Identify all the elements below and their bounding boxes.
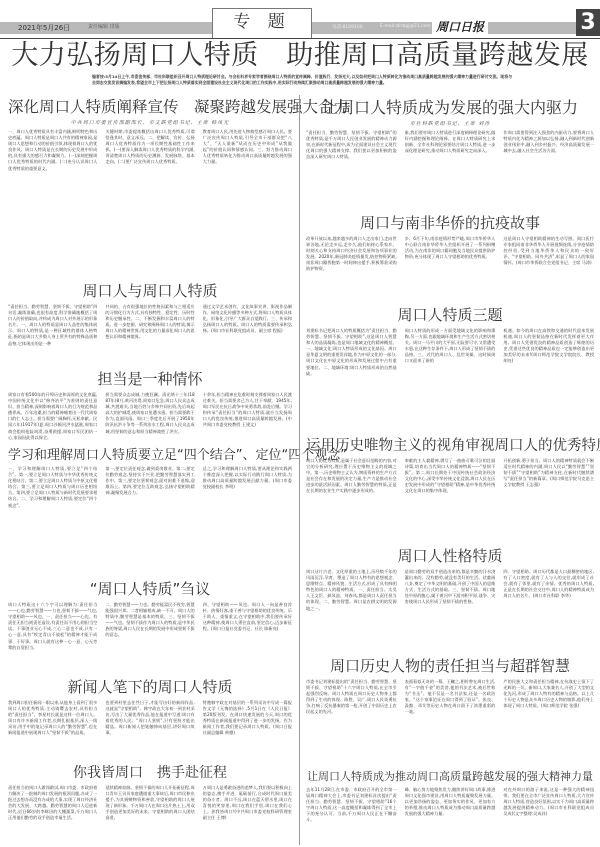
article-column: 二、勤劳智慧——力也。勤劳能富民不致穷,智慧能强国兴邦。二者相辅相成,缺一不可。… <box>105 602 194 668</box>
article-column: 是周口勤劳的双手创造出来的,都是辛勤的汗水浇灌出来的。没有勤劳,就没有美好的生活… <box>405 569 496 649</box>
article-byline: 市社科联党组书记、主席 刘涛 <box>306 120 594 127</box>
article-column: 一、周口人优秀特质具有丰富内涵,鲜明特色和历史底蕴。周口人特质是周口人共有的精神… <box>8 129 97 209</box>
article-column: 特邀韩宇政在对基层的一系列采访中写成一篇报告文学《无悔的选择》,5月1日在《人民… <box>203 700 292 760</box>
article-column: 共同的、占有很强地位的性格因素和与之相适应的习惯化行为方式,具有独特性、稳定性、… <box>105 304 194 362</box>
article-title: 深化周口人特质阐释宣传 凝聚跨越发展强大合力 <box>8 95 292 117</box>
article-journalists: 新闻人笔下的周口人特质 我到周口担任新闻一职以来,从他身上看到了很多周口人的优秀… <box>8 676 292 758</box>
article-column: 延续精神血脉。坚韧不拔的周口人开拓新征程,周口青年王贝贝家庭遭遇重大事故后,周口… <box>105 785 194 847</box>
article-column: 对在外周口的游子来说,这是一种强大的精神纽带。我们要在全市广泛宣传周口人特质,大… <box>503 787 594 847</box>
article-column: 这是周口人守望相助精神的生动写照。周口医疗专家组同南非华侨华人开展视频连线,分享… <box>503 236 594 302</box>
article-four-combinations: 学习和理解周口人特质要立足“四个结合”、定位“四个观念” 一、学习和理解周口人特… <box>8 444 292 574</box>
masthead-rule <box>0 38 600 39</box>
article-byline: 中共周口市委宣传部副部长、市文联党组书记、主席 韩凤光 <box>8 119 292 126</box>
article-historical-figures: 周口历史人物的责任担当与超群智慧 市委书记刘建标提出的“责任担当、勤劳智慧、坚韧… <box>306 655 594 761</box>
article-title: 周口人与周口人特质 <box>8 280 292 301</box>
article-column: 表面看似无奇的一幕。王曦之,相传曾在周口生活,有“一字值千金”的美誉,他的书法艺… <box>405 679 496 763</box>
article-responsibility: 担当是一种情怀 周家口有着500年的开埠历史和深厚的文化底蕴,中国传统文化中以“… <box>8 368 292 438</box>
article-journey-together: 你我皆周口 携手赴征程 责任担当的周口人敢闯敢试,周口市委、市政府着力解决了一批… <box>8 762 292 846</box>
article-column: 周家口有着500年的开埠历史和深厚的文化底蕴,中国传统文化中以“修齐治平”为准则… <box>8 392 97 440</box>
article-column: 四、守望相助。周口历代都是人口最稠密的地区,有了人口密度,就有了人与人的交往,就… <box>503 569 594 649</box>
article-personality: 周口人性格特质 周口这片古老、文化厚重的土地上,历经数千年的风雨沉浮,孕育、塑造… <box>306 545 594 647</box>
article-column: 担当需要众志成城,力挽狂澜。清光绪十三年(1887年)8月,黄河决堤,周家口危急… <box>105 392 194 440</box>
issue-date: 2021年5月26日 <box>18 23 70 33</box>
contact-phone: 电话:8109100 <box>332 24 363 30</box>
article-column: 周口人特质的形成一方面受地域文化的影响和熏陶,另一方面,也跟地域环境和生产生活方… <box>405 328 496 428</box>
article-three-topics: 周口人特质三题 刘建标书记把周口人的特质概括为“责任担当、勤劳智慧、坚韧不拔、守… <box>306 304 594 428</box>
article-title: 运用历史唯物主义的视角审视周口人的优秀特质 <box>306 434 594 455</box>
page-number: 3 <box>576 9 600 36</box>
article-column: 作周口需要得到注入强劲的内驱动力,要将周口人特质内化为精神之源加以弘扬,融入到新… <box>503 130 594 210</box>
article-title: “周口人特质”刍议 <box>8 578 292 599</box>
article-column: 严的民族大义和责任担当精神,在抗战史上留下了光辉的一页。新周口,大家兼名人,开创… <box>503 679 594 763</box>
article-discussion: “周口人特质”刍议 周口人特质这十六个字可以理解为:责任担当——心也,勤劳智慧—… <box>8 578 292 666</box>
article-title: 让周口人特质成为推动周口高质量跨越发展的强大精神力量 <box>306 768 594 784</box>
article-zhoukou-people: 周口人与周口人特质 “责任担当、勤劳智慧、坚韧不拔、守望相助”四句话,凝练准确,… <box>8 280 292 360</box>
article-column: 改革开放以来,越来越多的周口人走出家门,走向世界各地,无论走多远,走多久,他们始… <box>306 236 397 302</box>
article-title: 你我皆周口 携手赴征程 <box>8 762 292 782</box>
section-label: 专 题 <box>212 8 312 38</box>
article-column: 奉献的主人翁精神,谱写了一曲曲可歌可泣的壮丽诗篇,培育出当代周口人的精神特质——… <box>405 458 496 534</box>
article-title: 周口人性格特质 <box>306 545 594 566</box>
article-column: 去年11月28日,在市委、市政府召开的全市第一届周口精神大会上,市委书记刘建标首… <box>306 787 397 847</box>
editor-credit: 责任编辑 排版 <box>88 23 120 30</box>
article-column: 责任担当的周口人敢闯敢试,周口市委、市政府着力解决了一批制约周口发展的瓶颈问题,… <box>8 785 97 847</box>
main-headline: 大力弘扬周口人特质 助推周口高质量跨越发展 <box>0 40 600 72</box>
article-column: 也要到村里去住些日子,才能写出好的新闻作品,这就是“守望相助”。韩宇政在大年初一… <box>105 700 194 760</box>
article-column: 十余年,担当精神在危难时刻支撑着周家口人民渡过难关。担当需要舍己为人,甘于奉献。… <box>203 392 292 440</box>
article-title: 担当是一种情怀 <box>8 368 292 389</box>
article-column: 开拓创新,勇于担当。周口人的精神特质就会不断适应时代精神的内涵,周口人民以“勤劳… <box>503 458 594 534</box>
article-column: 通过文学艺术创作、文化故事宣讲、影视作品制作、网络文化传播等多种方式,将周口人特… <box>203 304 292 362</box>
column-divider <box>299 95 300 845</box>
article-deepen-publicity: 深化周口人特质阐释宣传 凝聚跨越发展强大合力 中共周口市委宣传部副部长、市文联党… <box>8 95 292 207</box>
article-column: 周口这片古老、文化厚重的土地上,历经数千年的风雨沉浮,孕育、塑造了周口人特有的思… <box>306 569 397 649</box>
article-south-africa: 周口与南非华侨的抗疫故事 改革开放以来,越来越多的周口人走出家门,走向世界各地,… <box>306 212 594 302</box>
masthead: 2021年5月26日 责任编辑 排版 专 题 电话:8109100 E-mail… <box>0 0 600 38</box>
article-title: 让周口人特质成为发展的强大内驱力 <box>306 95 594 118</box>
article-column: “责任担当、勤劳智慧、坚韧不拔、守望相助”四句话,凝练准确,也很有高度,科学准确… <box>8 304 97 362</box>
article-historical-materialism: 运用历史唯物主义的视角审视周口人的优秀特质 周口人的优秀特质,是属于社会意识范畴… <box>306 434 594 534</box>
article-column: 四、守望相助——风也。周口人一向是善良淳朴、热情好客,重于善与守望相助的优良传统… <box>203 602 292 668</box>
article-inner-drive: 让周口人特质成为发展的强大内驱力 市社科联党组书记、主席 刘涛 “责任担当、勤劳… <box>306 95 594 207</box>
article-column: 关键时期,市委提炼概括出周口人优秀特质,可谓恰逢其时、意义深远。二、把解读、宣传… <box>105 129 194 209</box>
article-column: 万周口人是勇敢奋进的追梦人,我们要以积极向上的姿态,携手并进、砥砺前行,合成时代… <box>203 785 292 847</box>
editor-note: 编者按:5月14日上午,市委宣传部、市社科联组织召开周口人特质理论研讨会。与会社… <box>92 74 512 87</box>
article-title: 学习和理解周口人特质要立足“四个结合”、定位“四个观念” <box>8 444 292 463</box>
contact-email: E-mail:zkrbgj@21.com <box>380 24 431 29</box>
article-column: 乡。6月下旬,南非疫情形势严峻,周口市华侨华人中心联合南非华侨华人会组织开展了一… <box>405 236 496 302</box>
article-column: 象,我们要对周口人特质进行深度阐释理论研究,做好内涵挖掘和理论阐释。在周口人特质… <box>405 130 496 210</box>
article-column: 刘建标书记把周口人的特质概括为“责任担当、勤劳智慧、坚韧不拔、守望相助”,这是周… <box>306 328 397 428</box>
article-column: 机遇。如今的周口在高铁和交通的时代迎来发展机遇,周口人的坚韧品格在新时代发挥着更… <box>503 328 594 428</box>
article-title: 周口人特质三题 <box>306 304 594 325</box>
article-title: 新闻人笔下的周口人特质 <box>8 676 292 697</box>
article-title: 周口与南非华侨的抗疫故事 <box>306 212 594 233</box>
article-column: 我到周口担任新闻一职以来,从他身上看到了很多周口人的优秀特质,主动请缨去农村,具… <box>8 700 97 760</box>
article-column: 峰、脑心努力地聚焦发力,继续讲好周口故事,推进周口文化强市建设,用周口人特质凝聚… <box>405 787 496 847</box>
article-column: 总之,学习和理解周口人特质,要从理论和实践两个维度深入把握,以实际行动践行周口人… <box>203 466 292 574</box>
article-column: 教育周口人民,用先进人物典型感召周口人民。要广泛宣传周口人特质,引导全市干部群众… <box>203 129 292 209</box>
article-title: 周口历史人物的责任担当与超群智慧 <box>306 655 594 676</box>
article-column: 第一,要定位责任观念,做到爱岗敬业。第二,要定位勤劳观念,坚持实干兴业,把勤劳智… <box>105 466 194 574</box>
article-column: 周口人的优秀特质,是属于社会意识范畴的内容,对它的分析研究,理应置于历史唯物主义… <box>306 458 397 534</box>
article-column: 市委书记刘建标提出的“责任担当、勤劳智慧、坚韧不拔、守望相助”十六字周口人特质,… <box>306 679 397 763</box>
article-spiritual-force: 让周口人特质成为推动周口高质量跨越发展的强大精神力量 去年11月28日,在市委、… <box>306 768 594 846</box>
article-column: 一、学习和理解周口人特质,要立足“四个结合”。第一,要立足周口人特质与中华优秀传… <box>8 466 97 574</box>
newspaper-logo: 周口日报 <box>432 18 488 35</box>
article-column: 周口人特质这十六个字可以理解为:责任担当——心也,勤劳智慧——力也,坚韧不拔——… <box>8 602 97 668</box>
article-column: “责任担当、勤劳智慧、坚韧不拔、守望相助”的优秀特质,是千万周口人民创业发展的精… <box>306 130 397 210</box>
